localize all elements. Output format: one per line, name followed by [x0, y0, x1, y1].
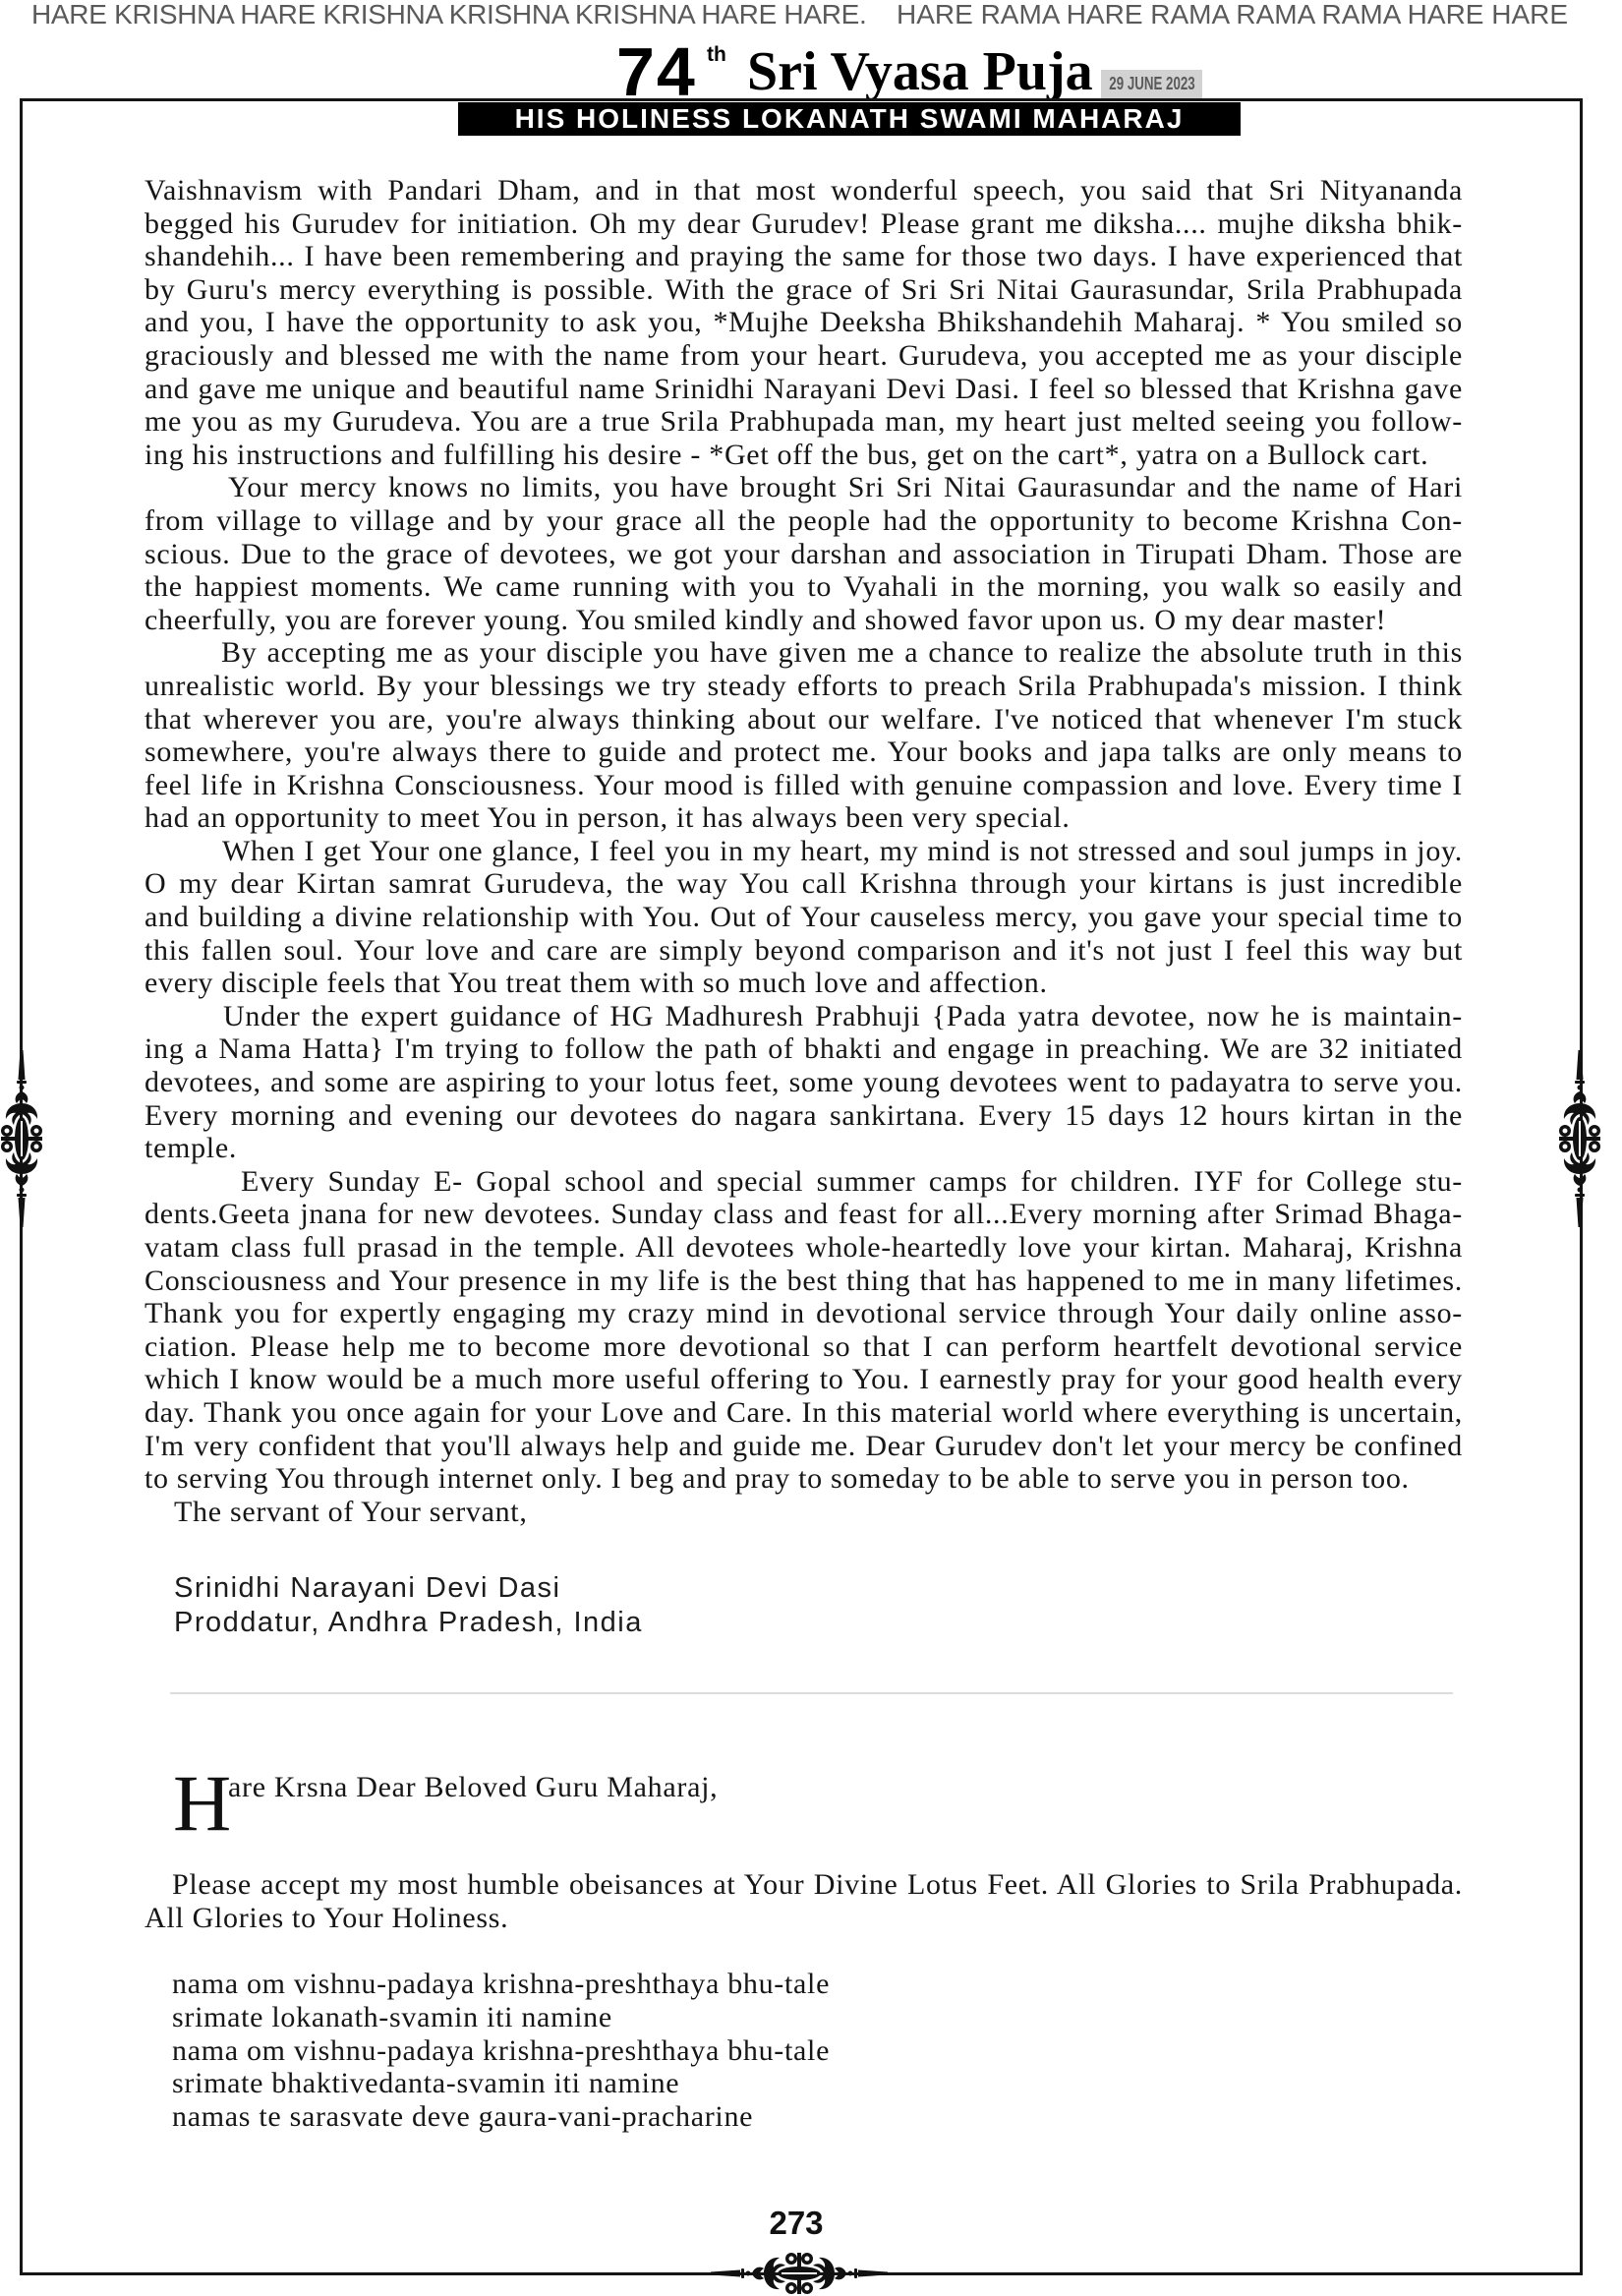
text-line: Thank you for expertly engaging my crazy… [145, 1297, 1463, 1330]
signature-block: Srinidhi Narayani Devi Dasi Proddatur, A… [174, 1571, 643, 1640]
text-line: Under the expert guidance of HG Madhures… [145, 1000, 1463, 1033]
maha-mantra-left: HARE KRISHNA HARE KRISHNA KRISHNA KRISHN… [31, 1, 867, 29]
title-anniversary-number: 74 [616, 37, 697, 106]
text-line: Every Sunday E- Gopal school and special… [145, 1165, 1463, 1199]
paragraph: Under the expert guidance of HG Madhures… [145, 1000, 1463, 1165]
paragraph: Vaishnavism with Pandari Dham, and in th… [145, 174, 1463, 471]
text-line: O my dear Kirtan samrat Gurudeva, the wa… [145, 867, 1463, 901]
text-line: All Glories to Your Holiness. [145, 1902, 1463, 1935]
text-line: every disciple feels that You treat them… [145, 967, 1463, 1000]
text-line: ing a Nama Hatta} I'm trying to follow t… [145, 1032, 1463, 1066]
paragraph: Your mercy knows no limits, you have bro… [145, 471, 1463, 636]
text-line: I'm very confident that you'll always he… [145, 1430, 1463, 1463]
mantra-line: srimate bhaktivedanta-svamin iti namine [172, 2067, 830, 2100]
page-number: 273 [698, 2207, 895, 2239]
subtitle-banner: HIS HOLINESS LOKANATH SWAMI MAHARAJ [458, 102, 1241, 136]
text-line: devotees, and some are aspiring to your … [145, 1066, 1463, 1099]
text-line: By accepting me as your disciple you hav… [145, 636, 1463, 670]
text-line: scious. Due to the grace of devotees, we… [145, 538, 1463, 571]
text-line: from village to village and by your grac… [145, 504, 1463, 538]
page-title: Sri Vyasa Puja [747, 44, 1093, 99]
mantra-line: nama om vishnu-padaya krishna-preshthaya… [172, 2034, 830, 2068]
paragraph: When I get Your one glance, I feel you i… [145, 835, 1463, 1000]
text-line: feel life in Krishna Consciousness. Your… [145, 769, 1463, 802]
letter-1-body: Vaishnavism with Pandari Dham, and in th… [145, 174, 1463, 1528]
text-line: day. Thank you once again for your Love … [145, 1396, 1463, 1430]
text-line: cheerfully, you are forever young. You s… [145, 604, 1463, 637]
maha-mantra-right: HARE RAMA HARE RAMA RAMA RAMA HARE HARE [897, 1, 1568, 29]
title-ordinal-suffix: th [707, 44, 726, 65]
date-badge: 29 JUNE 2023 [1101, 70, 1202, 98]
text-line: dents.Geeta jnana for new devotees. Sund… [145, 1198, 1463, 1231]
salutation: are Krsna Dear Beloved Guru Maharaj, [228, 1771, 718, 1804]
text-line: begged his Gurudev for initiation. Oh my… [145, 207, 1463, 241]
text-line: that wherever you are, you're always thi… [145, 703, 1463, 736]
closing-line: The servant of Your servant, [145, 1496, 1463, 1529]
mantra-line: namas te sarasvate deve gaura-vani-prach… [172, 2100, 830, 2134]
paragraph: By accepting me as your disciple you hav… [145, 636, 1463, 835]
text-line: When I get Your one glance, I feel you i… [145, 835, 1463, 868]
text-line: graciously and blessed me with the name … [145, 339, 1463, 373]
text-line: temple. [145, 1132, 1463, 1165]
text-line: ciation. Please help me to become more d… [145, 1330, 1463, 1364]
drop-cap: H [173, 1763, 231, 1844]
obeisances-paragraph: Please accept my most humble obeisances … [145, 1868, 1463, 1934]
text-line: this fallen soul. Your love and care are… [145, 934, 1463, 968]
date-text: 29 JUNE 2023 [1101, 70, 1202, 98]
text-line: had an opportunity to meet You in person… [145, 801, 1463, 835]
left-ornament-icon [0, 1050, 44, 1227]
signature-name: Srinidhi Narayani Devi Dasi [174, 1571, 643, 1606]
text-line: unrealistic world. By your blessings we … [145, 670, 1463, 703]
mantra-line: nama om vishnu-padaya krishna-preshthaya… [172, 1968, 830, 2001]
bottom-ornament-icon [711, 2251, 888, 2296]
text-line: and gave me unique and beautiful name Sr… [145, 373, 1463, 406]
text-line: me you as my Gurudeva. You are a true Sr… [145, 405, 1463, 439]
section-divider [170, 1692, 1453, 1694]
text-line: which I know would be a much more useful… [145, 1363, 1463, 1396]
right-ornament-icon [1557, 1050, 1602, 1227]
text-line: shandehih... I have been remembering and… [145, 240, 1463, 273]
text-line: vatam class full prasad in the temple. A… [145, 1231, 1463, 1265]
text-line: Your mercy knows no limits, you have bro… [145, 471, 1463, 504]
text-line: Vaishnavism with Pandari Dham, and in th… [145, 174, 1463, 207]
signature-location: Proddatur, Andhra Pradesh, India [174, 1606, 643, 1640]
text-line: Please accept my most humble obeisances … [145, 1868, 1463, 1902]
mantra-line: srimate lokanath-svamin iti namine [172, 2001, 830, 2034]
text-line: by Guru's mercy everything is possible. … [145, 273, 1463, 307]
text-line: ing his instructions and fulfilling his … [145, 439, 1463, 472]
text-line: Every morning and evening our devotees d… [145, 1099, 1463, 1133]
paragraph: Every Sunday E- Gopal school and special… [145, 1165, 1463, 1496]
text-line: Consciousness and Your presence in my li… [145, 1265, 1463, 1298]
text-line: somewhere, you're always there to guide … [145, 736, 1463, 769]
text-line: the happiest moments. We came running wi… [145, 570, 1463, 604]
pranam-mantra: nama om vishnu-padaya krishna-preshthaya… [172, 1968, 830, 2134]
text-line: and you, I have the opportunity to ask y… [145, 306, 1463, 339]
text-line: to serving You through internet only. I … [145, 1462, 1463, 1496]
text-line: and building a divine relationship with … [145, 901, 1463, 934]
